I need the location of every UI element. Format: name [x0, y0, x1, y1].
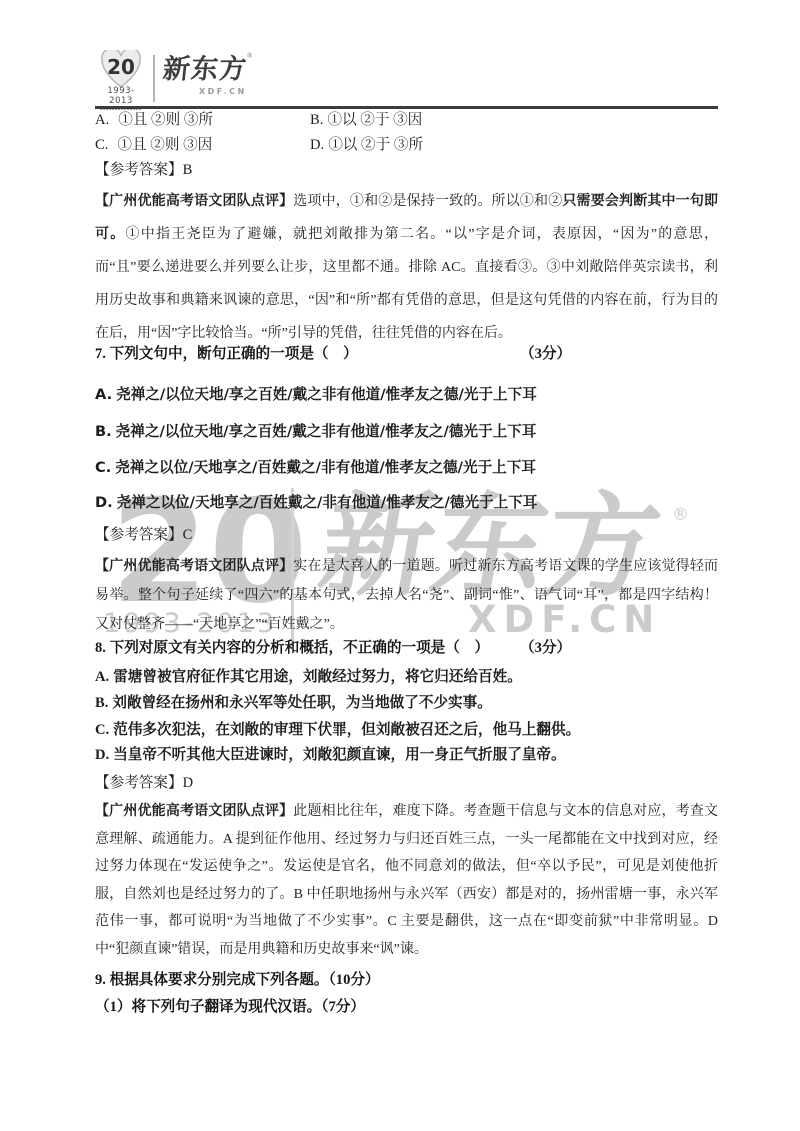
q8-option-a-label: A. — [95, 667, 109, 687]
q6-option-b: B.①以 ②于 ③因 — [310, 110, 422, 130]
q8-option-c-label: C. — [95, 720, 109, 740]
q7-option-a: A.尧禅之/以位天地/享之百姓/戴之非有他道/惟孝友之德/光于上下耳 — [95, 385, 718, 405]
q6-option-d-label: D. — [310, 135, 324, 155]
q7-option-d-label: D. — [95, 493, 113, 513]
q7-option-a-text: 尧禅之/以位天地/享之百姓/戴之非有他道/惟孝友之德/光于上下耳 — [116, 386, 537, 403]
q8-option-b-text: 刘敞曾经在扬州和永兴军等处任职，为当地做了不少实事。 — [112, 695, 491, 711]
q6-comment-rest: ①中指王尧臣为了避嫌，就把刘敞排为第二名。“以”字是介词，表原因，“因为”的意思… — [95, 227, 718, 341]
q7-option-b: B.尧禅之/以位天地/享之百姓/戴之非有他道/惟孝友之/德光于上下耳 — [95, 422, 718, 442]
q8-option-a-text: 雷塘曾被官府征作其它用途，刘敞经过努力，将它归还给百姓。 — [113, 669, 522, 685]
q8-answer-line: 【参考答案】D — [95, 773, 718, 793]
q9-sub1: （1）将下列句子翻译为现代汉语。（7分） — [95, 999, 365, 1015]
q8-stem-line: 8. 下列对原文有关内容的分析和概括，不正确的一项是（ ） （3分） — [95, 638, 718, 658]
q8-option-b-label: B. — [95, 693, 108, 713]
q7-option-d: D.尧禅之以位/天地享之/百姓戴之/非有他道/惟孝友之/德光于上下耳 — [95, 493, 718, 513]
q7-option-d-text: 尧禅之以位/天地享之/百姓戴之/非有他道/惟孝友之/德光于上下耳 — [117, 494, 538, 511]
q6-answer-value: B — [183, 162, 193, 178]
q6-comment-lead: 选项中，①和②是保持一致的。所以①和② — [293, 194, 562, 209]
exam-document-page: 20 1993-2013 新东方® XDF.CN 20 1993-2013 新东… — [0, 0, 800, 1131]
q9-stem-line: 9. 根据具体要求分别完成下列各题。（10分） — [95, 970, 718, 990]
q7-score: （3分） — [520, 344, 571, 364]
q7-comment: 【广州优能高考语文团队点评】实在是太喜人的一道题。听过新东方高考语文课的学生应该… — [95, 552, 718, 639]
document-content: A.①且 ②则 ③所 B.①以 ②于 ③因 C.①且 ②则 ③因 D.①以 ②于… — [0, 0, 800, 1131]
q6-option-b-label: B. — [310, 110, 323, 130]
q6-options-row2: C.①且 ②则 ③因 D.①以 ②于 ③所 — [95, 135, 718, 155]
q6-option-c-text: ①且 ②则 ③因 — [117, 137, 212, 153]
q7-option-a-label: A. — [95, 385, 112, 405]
q8-answer-value: D — [183, 775, 194, 791]
q8-option-d-label: D. — [95, 745, 109, 765]
q9-sub1-line: （1）将下列句子翻译为现代汉语。（7分） — [95, 997, 718, 1017]
q9-stem: 9. 根据具体要求分别完成下列各题。（10分） — [95, 972, 380, 988]
q6-comment: 【广州优能高考语文团队点评】选项中，①和②是保持一致的。所以①和②只需要会判断其… — [95, 185, 718, 350]
q7-option-b-text: 尧禅之/以位天地/享之百姓/戴之非有他道/惟孝友之/德光于上下耳 — [116, 423, 537, 440]
q6-option-c-label: C. — [95, 135, 108, 155]
q7-option-c-text: 尧禅之以位/天地享之/百姓戴之/非有他道/惟孝友之德/光于上下耳 — [115, 459, 536, 476]
q7-option-c: C.尧禅之以位/天地享之/百姓戴之/非有他道/惟孝友之德/光于上下耳 — [95, 458, 718, 478]
q8-comment-text: 此题相比往年，难度下降。考查题干信息与文本的信息对应，考查文意理解、疏通能力。A… — [95, 804, 718, 957]
q8-answer-label: 【参考答案】 — [95, 775, 183, 791]
q8-option-d-text: 当皇帝不听其他大臣进谏时，刘敞犯颜直谏，用一身正气折服了皇帝。 — [113, 747, 565, 763]
q8-comment-header: 【广州优能高考语文团队点评】 — [95, 804, 293, 819]
q7-answer-value: C — [183, 527, 193, 543]
q6-option-a-label: A. — [95, 110, 109, 130]
q6-option-d: D.①以 ②于 ③所 — [310, 135, 423, 155]
q7-comment-header: 【广州优能高考语文团队点评】 — [95, 559, 293, 574]
q8-option-c: C.范伟多次犯法，在刘敞的审理下伏罪，但刘敞被召还之后，他马上翻供。 — [95, 720, 718, 740]
q8-score: （3分） — [520, 638, 571, 658]
q8-option-b: B.刘敞曾经在扬州和永兴军等处任职，为当地做了不少实事。 — [95, 693, 718, 713]
q6-options-row1: A.①且 ②则 ③所 B.①以 ②于 ③因 — [95, 110, 718, 130]
q8-option-c-text: 范伟多次犯法，在刘敞的审理下伏罪，但刘敞被召还之后，他马上翻供。 — [113, 722, 580, 738]
q7-answer-line: 【参考答案】C — [95, 525, 718, 545]
q6-answer-line: 【参考答案】B — [95, 160, 718, 180]
q6-option-b-text: ①以 ②于 ③因 — [327, 112, 422, 128]
q6-option-d-text: ①以 ②于 ③所 — [328, 137, 423, 153]
q8-comment: 【广州优能高考语文团队点评】此题相比往年，难度下降。考查题干信息与文本的信息对应… — [95, 798, 718, 963]
q8-stem: 8. 下列对原文有关内容的分析和概括，不正确的一项是（ ） — [95, 640, 489, 656]
q7-stem: 7. 下列文句中，断句正确的一项是（ ） — [95, 346, 358, 362]
q7-answer-label: 【参考答案】 — [95, 527, 183, 543]
q6-comment-header: 【广州优能高考语文团队点评】 — [95, 194, 293, 209]
q8-option-a: A.雷塘曾被官府征作其它用途，刘敞经过努力，将它归还给百姓。 — [95, 667, 718, 687]
q6-option-a-text: ①且 ②则 ③所 — [118, 112, 213, 128]
q7-stem-line: 7. 下列文句中，断句正确的一项是（ ） （3分） — [95, 344, 718, 364]
q6-answer-label: 【参考答案】 — [95, 162, 183, 178]
q7-option-b-label: B. — [95, 422, 112, 442]
q8-option-d: D.当皇帝不听其他大臣进谏时，刘敞犯颜直谏，用一身正气折服了皇帝。 — [95, 745, 718, 765]
q7-option-c-label: C. — [95, 458, 111, 478]
